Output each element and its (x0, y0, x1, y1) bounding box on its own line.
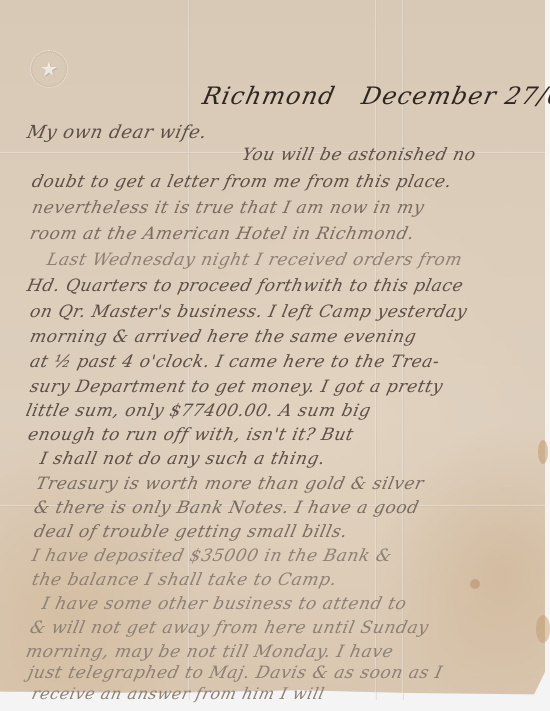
letter-line: & will not get away from here until Sund… (28, 618, 431, 638)
letter-line: sury Department to get money. I got a pr… (28, 377, 445, 397)
letter-line: Hd. Quarters to proceed forthwith to thi… (25, 276, 465, 296)
letter-line: just telegraphed to Maj. Davis & as soon… (26, 663, 445, 683)
letter-line: enough to run off with, isn't it? But (26, 425, 356, 445)
letter-line: room at the American Hotel in Richmond. (28, 224, 416, 244)
letter-date: December 27/61. (359, 82, 550, 110)
letter-line: & there is only Bank Notes. I have a goo… (32, 498, 421, 518)
letter-line: I have deposited $35000 in the Bank & (30, 546, 394, 566)
letter-line: at ½ past 4 o'clock. I came here to the … (28, 352, 442, 372)
letter-line: receive an answer from him I will (30, 684, 327, 703)
ink-stain (470, 579, 480, 589)
letter-line: Last Wednesday night I received orders f… (45, 250, 464, 270)
letter-line: little sum, only $77400.00. A sum big (24, 401, 373, 421)
letter-line: I shall not do any such a thing. (38, 449, 327, 469)
letter-line: the balance I shall take to Camp. (30, 570, 339, 590)
letter-line: Treasury is worth more than gold & silve… (34, 474, 426, 494)
letter-line: I have some other business to attend to (40, 594, 409, 614)
letter-line: You will be astonished no (240, 145, 478, 165)
water-stain (538, 440, 548, 464)
letter-salutation: My own dear wife. (25, 122, 209, 143)
letter-line: morning & arrived here the same evening (28, 327, 418, 347)
letter-place: Richmond (200, 82, 338, 110)
letter-line: morning, may be not till Monday. I have (24, 642, 395, 662)
letter-line: doubt to get a letter from me from this … (30, 172, 454, 192)
water-stain (536, 615, 550, 643)
embossed-star-seal-icon: ★ (30, 50, 68, 88)
letter-line: nevertheless it is true that I am now in… (30, 198, 426, 218)
letter-heading: Richmond December 27/61. (200, 82, 550, 110)
letter-line: on Qr. Master's business. I left Camp ye… (28, 302, 469, 322)
letter-line: deal of trouble getting small bills. (32, 522, 349, 542)
